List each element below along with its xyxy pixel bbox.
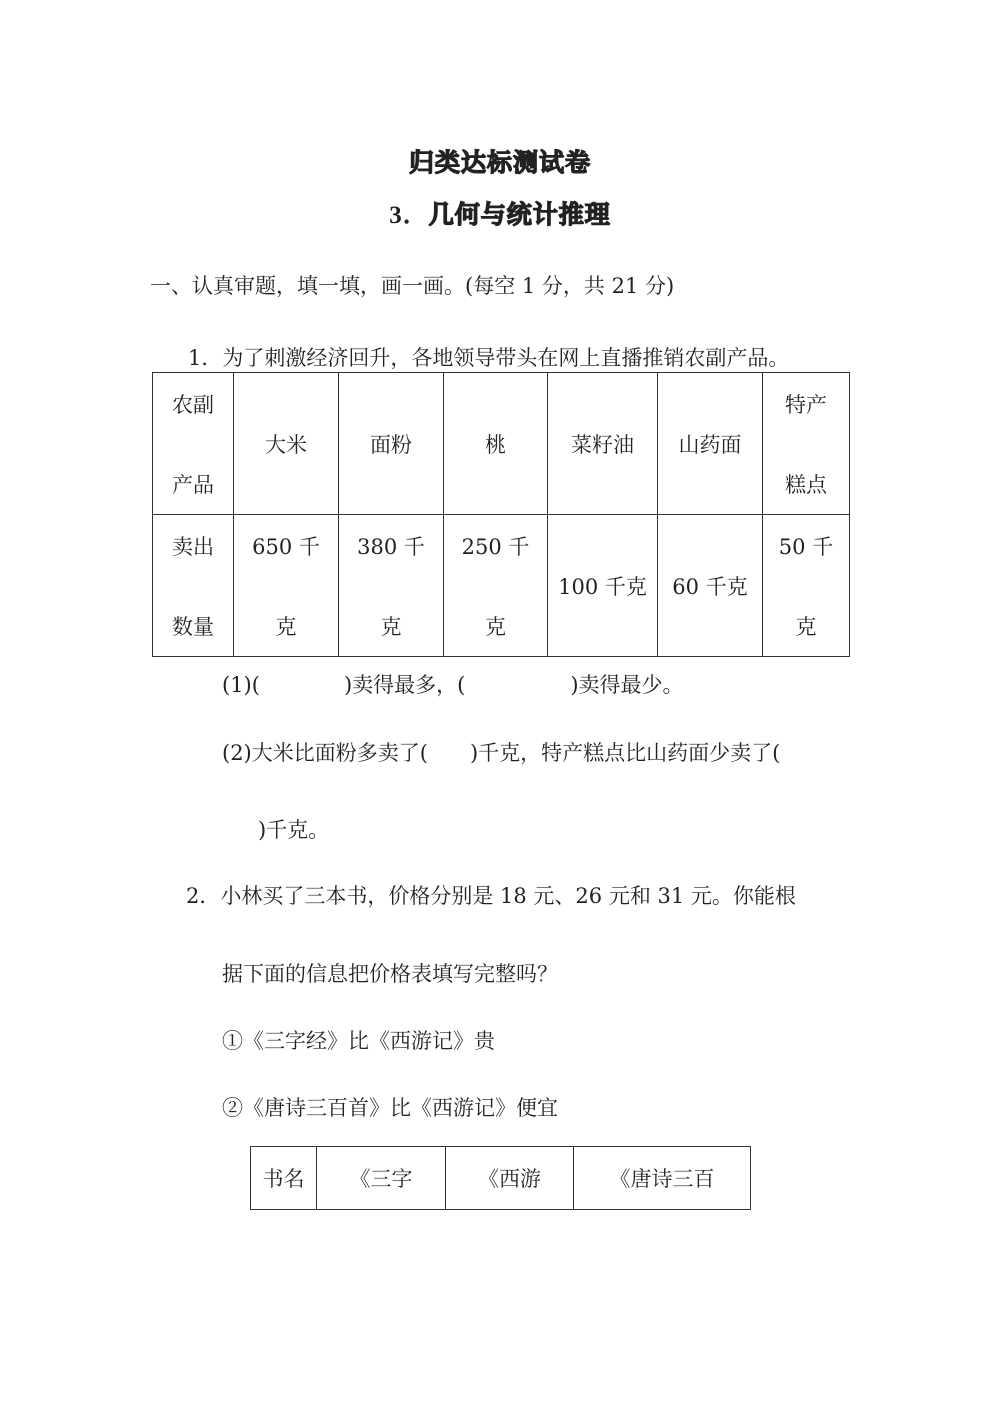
product-name-line1: 特产	[763, 389, 849, 419]
clue-1: ①《三字经》比《西游记》贵	[222, 1031, 495, 1052]
book-name-cell: 《西游	[446, 1147, 574, 1210]
document-title: 归类达标测试卷	[0, 143, 1000, 179]
quantity-line1: 50 千	[763, 531, 849, 561]
section-heading: 一、认真审题，填一填，画一画。(每空 1 分，共 21 分)	[150, 276, 674, 297]
sub-question-1: (1)( )卖得最多，( )卖得最少。	[222, 675, 684, 696]
product-name-cell: 桃	[444, 373, 548, 515]
product-name-cell: 面粉	[339, 373, 444, 515]
book-price-table: 书名 《三字 《西游 《唐诗三百	[250, 1146, 751, 1210]
quantity-cell: 650 千 克	[234, 515, 339, 657]
document-subtitle: 3．几何与统计推理	[0, 195, 1000, 231]
products-sales-table: 农副 产品 大米 面粉 桃 菜籽油 山药面 特产 糕点 卖出 数量 650 千 …	[152, 372, 850, 657]
product-name-cell: 山药面	[658, 373, 763, 515]
quantity-line2: 克	[444, 611, 547, 641]
quantity-line2: 克	[763, 611, 849, 641]
row-header-line2: 数量	[153, 611, 233, 641]
table-row-quantities: 卖出 数量 650 千 克 380 千 克 250 千 克 100 千克 60 …	[153, 515, 850, 657]
subtitle-separator: ．	[403, 202, 429, 229]
subtitle-number: 3	[389, 202, 403, 229]
sub-question-2-line1: (2)大米比面粉多卖了( )千克，特产糕点比山药面少卖了(	[222, 743, 780, 764]
quantity-line1: 650 千	[234, 531, 338, 561]
quantity-line2: 克	[234, 611, 338, 641]
book-name-cell: 《唐诗三百	[574, 1147, 751, 1210]
table-row-products: 农副 产品 大米 面粉 桃 菜籽油 山药面 特产 糕点	[153, 373, 850, 515]
question-2-stem-line2: 据下面的信息把价格表填写完整吗？	[222, 964, 558, 985]
row-header-line1: 卖出	[153, 531, 233, 561]
product-name-cell: 大米	[234, 373, 339, 515]
product-name-line2: 糕点	[763, 469, 849, 499]
row-header-line2: 产品	[153, 469, 233, 499]
question-1-text: 1．为了刺激经济回升，各地领导带头在网上直播推销农副产品。	[188, 346, 789, 370]
subtitle-text: 几何与统计推理	[429, 200, 611, 229]
quantity-cell: 380 千 克	[339, 515, 444, 657]
quantity-line2: 克	[339, 611, 443, 641]
row-header-products: 农副 产品	[153, 373, 234, 515]
quantity-cell: 250 千 克	[444, 515, 548, 657]
quantity-cell: 60 千克	[658, 515, 763, 657]
book-table-header: 书名	[251, 1147, 317, 1210]
question-1-stem: 1．为了刺激经济回升，各地领导带头在网上直播推销农副产品。	[188, 348, 789, 369]
row-header-line1: 农副	[153, 389, 233, 419]
table-row-book-names: 书名 《三字 《西游 《唐诗三百	[251, 1147, 751, 1210]
product-name-cell: 菜籽油	[548, 373, 658, 515]
question-2-stem-line1: 2．小林买了三本书，价格分别是 18 元、26 元和 31 元。你能根	[186, 886, 796, 907]
sub-question-2-line2: )千克。	[258, 820, 329, 841]
quantity-line1: 380 千	[339, 531, 443, 561]
book-name-cell: 《三字	[317, 1147, 446, 1210]
clue-2: ②《唐诗三百首》比《西游记》便宜	[222, 1098, 558, 1119]
row-header-quantity: 卖出 数量	[153, 515, 234, 657]
product-name-cell: 特产 糕点	[763, 373, 850, 515]
quantity-cell: 100 千克	[548, 515, 658, 657]
quantity-line1: 250 千	[444, 531, 547, 561]
quantity-cell: 50 千 克	[763, 515, 850, 657]
